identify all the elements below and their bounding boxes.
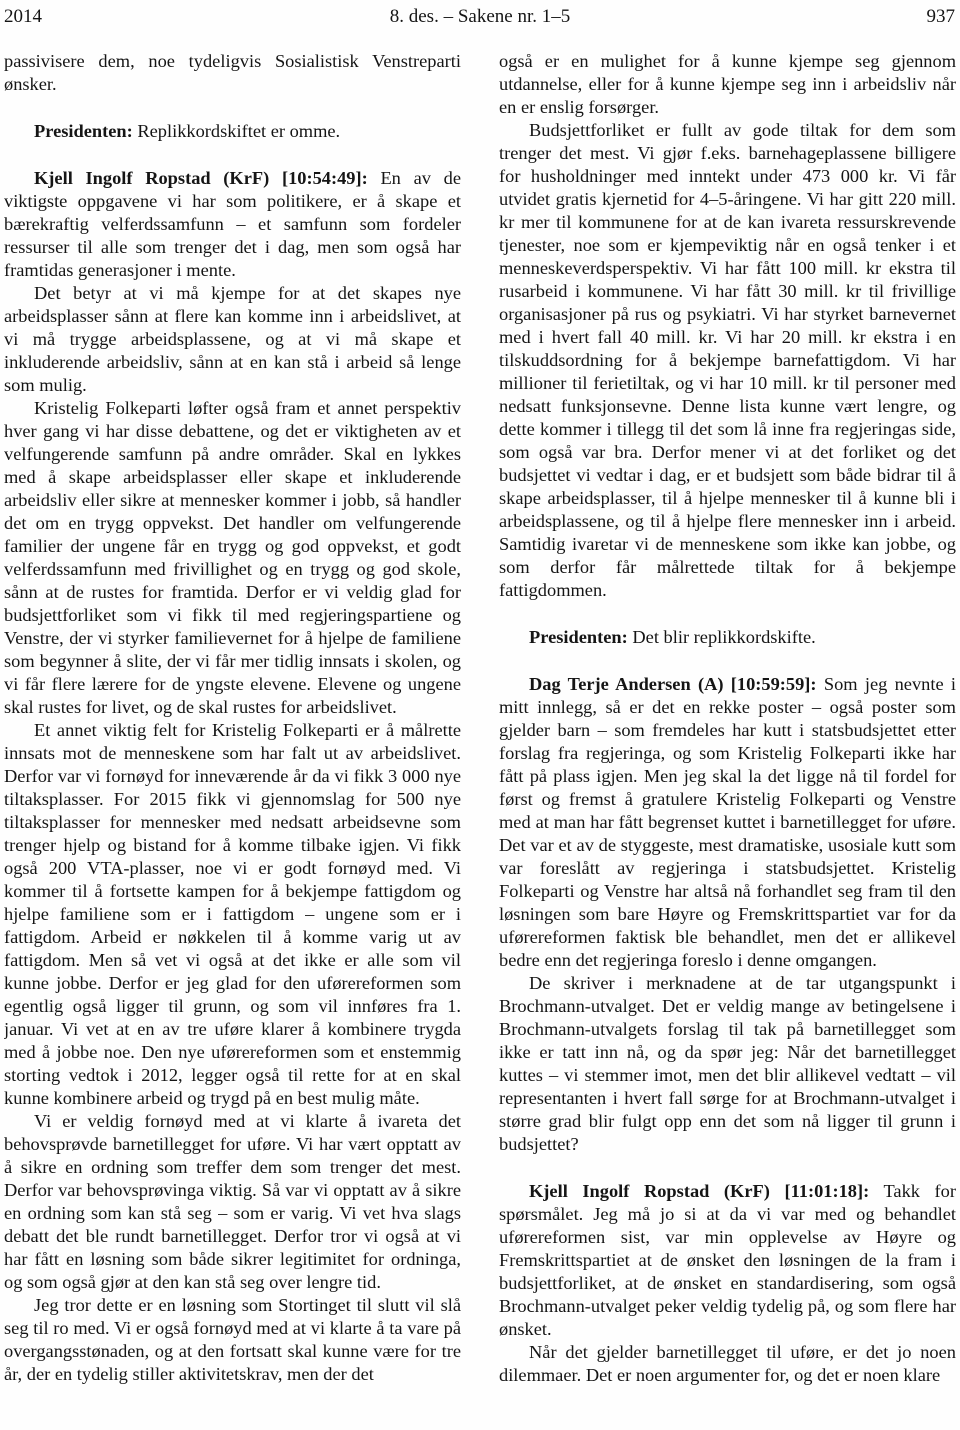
speaker-label: Dag Terje Andersen (A) [10:59:59]: bbox=[529, 674, 817, 694]
paragraph-text: Vi er veldig fornøyd med at vi klarte å … bbox=[4, 1111, 461, 1292]
paragraph: Kristelig Folkeparti løfter også fram et… bbox=[4, 397, 461, 719]
paragraph-continuation: også er en mulighet for å kunne kjempe s… bbox=[499, 50, 956, 119]
paragraph: De skriver i merknadene at de tar utgang… bbox=[499, 972, 956, 1156]
paragraph-continuation: passivisere dem, noe tydeligvis Sosialis… bbox=[4, 50, 461, 96]
paragraph-text: Som jeg nevnte i mitt innlegg, så er det… bbox=[499, 674, 956, 970]
speaker-label: Presidenten: bbox=[529, 627, 628, 647]
right-column: også er en mulighet for å kunne kjempe s… bbox=[499, 50, 956, 1430]
speaker-label: Kjell Ingolf Ropstad (KrF) [11:01:18]: bbox=[529, 1181, 869, 1201]
paragraph-speech: Presidenten: Replikkordskiftet er omme. bbox=[4, 120, 461, 143]
paragraph-text: Det betyr at vi må kjempe for at det ska… bbox=[4, 283, 461, 395]
paragraph-text: De skriver i merknadene at de tar utgang… bbox=[499, 973, 956, 1154]
paragraph-text: Jeg tror dette er en løsning som Stortin… bbox=[4, 1295, 461, 1384]
paragraph-text: Det blir replikkordskifte. bbox=[632, 627, 815, 647]
document-page: 2014 8. des. – Sakene nr. 1–5 937 passiv… bbox=[0, 0, 960, 1430]
paragraph-text: også er en mulighet for å kunne kjempe s… bbox=[499, 51, 956, 117]
paragraph: Jeg tror dette er en løsning som Stortin… bbox=[4, 1294, 461, 1386]
paragraph-text: Replikkordskiftet er omme. bbox=[137, 121, 340, 141]
header-page-number: 937 bbox=[927, 5, 956, 29]
paragraph: Budsjettforliket er fullt av gode tiltak… bbox=[499, 119, 956, 602]
paragraph-text: Når det gjelder barnetillegget til uføre… bbox=[499, 1342, 956, 1385]
left-column: passivisere dem, noe tydeligvis Sosialis… bbox=[4, 50, 461, 1430]
paragraph-speech: Dag Terje Andersen (A) [10:59:59]: Som j… bbox=[499, 673, 956, 972]
running-head: 2014 8. des. – Sakene nr. 1–5 937 bbox=[4, 5, 956, 33]
paragraph-text: Kristelig Folkeparti løfter også fram et… bbox=[4, 398, 461, 717]
paragraph-text: Budsjettforliket er fullt av gode tiltak… bbox=[499, 120, 956, 600]
paragraph-speech: Kjell Ingolf Ropstad (KrF) [11:01:18]: T… bbox=[499, 1180, 956, 1341]
speaker-label: Kjell Ingolf Ropstad (KrF) [10:54:49]: bbox=[34, 168, 368, 188]
paragraph-text: Et annet viktig felt for Kristelig Folke… bbox=[4, 720, 461, 1108]
paragraph: Det betyr at vi må kjempe for at det ska… bbox=[4, 282, 461, 397]
paragraph-speech: Presidenten: Det blir replikkordskifte. bbox=[499, 626, 956, 649]
paragraph: Vi er veldig fornøyd med at vi klarte å … bbox=[4, 1110, 461, 1294]
paragraph-text: passivisere dem, noe tydeligvis Sosialis… bbox=[4, 51, 461, 94]
paragraph-text: Takk for spørsmålet. Jeg må jo si at da … bbox=[499, 1181, 956, 1339]
body-columns: passivisere dem, noe tydeligvis Sosialis… bbox=[4, 50, 956, 1430]
paragraph: Når det gjelder barnetillegget til uføre… bbox=[499, 1341, 956, 1387]
paragraph-speech: Kjell Ingolf Ropstad (KrF) [10:54:49]: E… bbox=[4, 167, 461, 282]
header-title: 8. des. – Sakene nr. 1–5 bbox=[4, 5, 956, 29]
paragraph: Et annet viktig felt for Kristelig Folke… bbox=[4, 719, 461, 1110]
speaker-label: Presidenten: bbox=[34, 121, 133, 141]
